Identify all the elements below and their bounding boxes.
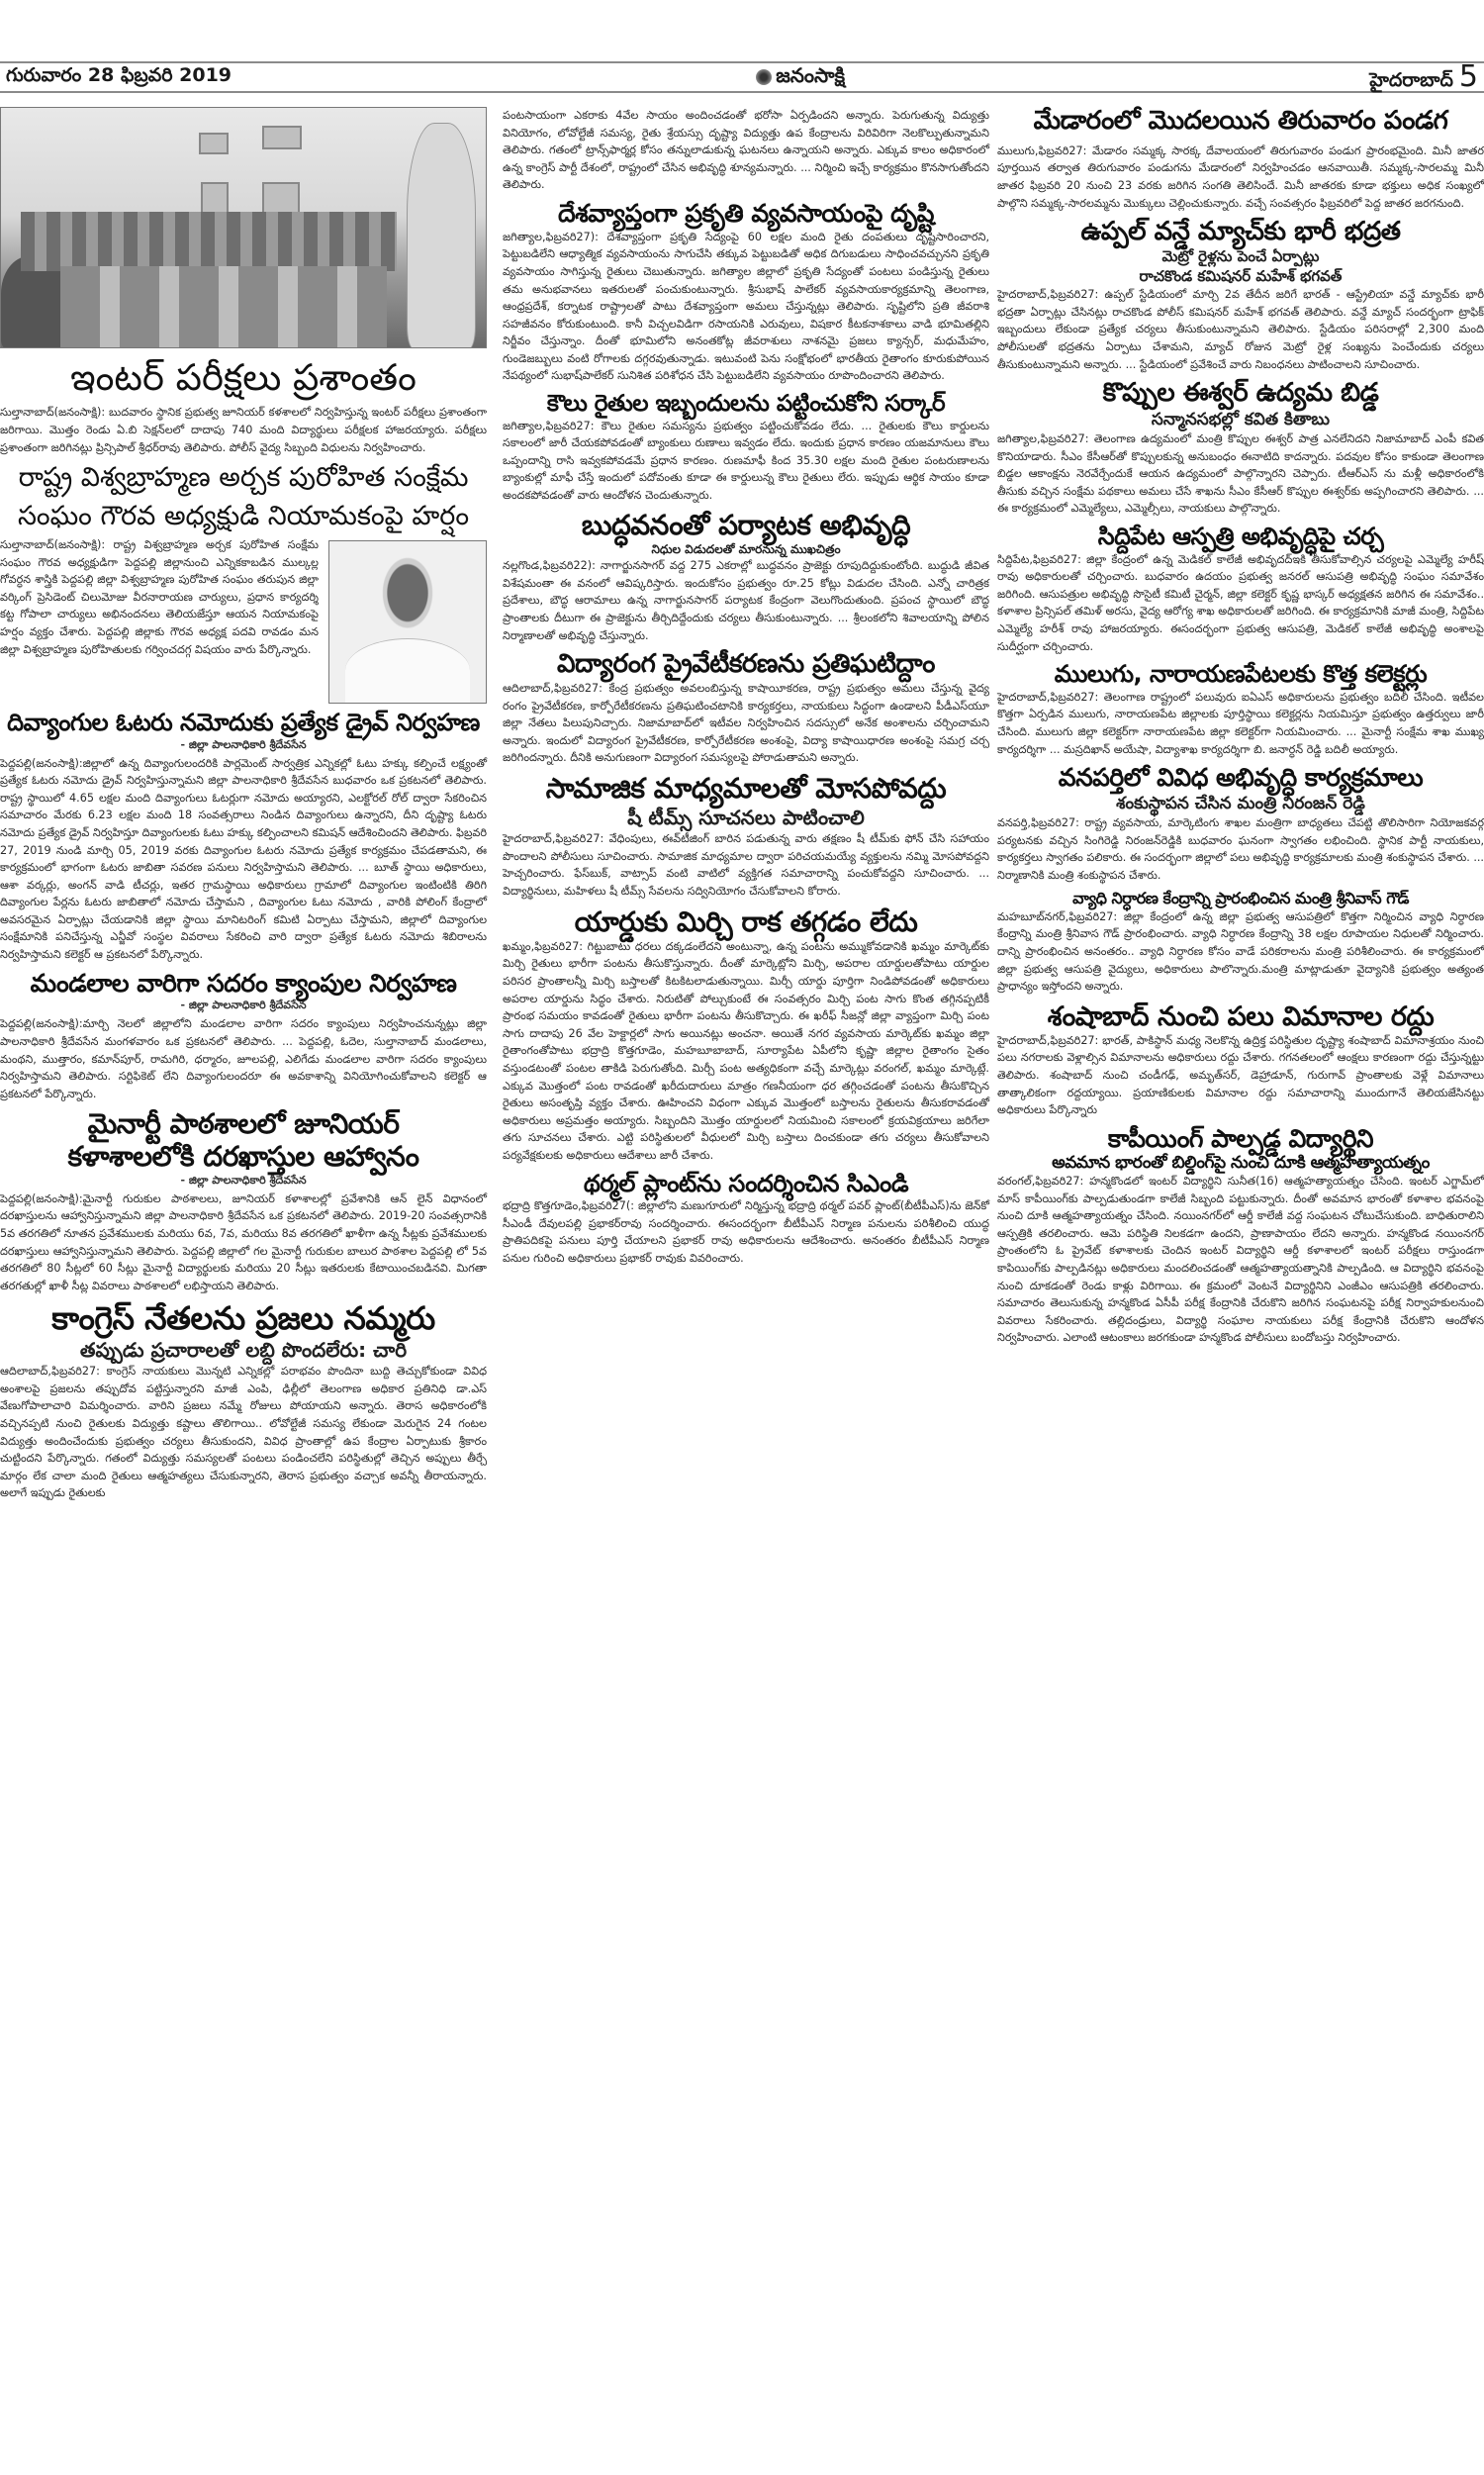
byline: - జిల్లా పాలనాధికారి శ్రీదేవసేన xyxy=(0,738,487,754)
headline: మేడారంలో మొదలయిన తిరువారం పండగ xyxy=(997,107,1484,137)
newspaper-emblem-icon xyxy=(756,69,772,85)
story-body: ములుగు,ఫిబ్రవరి27: మేడారం సమ్మక్క సారక్క… xyxy=(997,143,1484,212)
story-body: పెద్దపల్లి(జనంసాక్షి):జిల్లాలో ఉన్న దివ్… xyxy=(0,755,487,964)
headline: దేశవ్యాప్తంగా ప్రకృతి వ్యవసాయంపై దృష్టి xyxy=(503,200,989,229)
headline: కొప్పుల ఈశ్వర్ ఉద్యమ బిడ్డ xyxy=(997,379,1484,409)
story-body: మహబూబ్‌నగర్,ఫిబ్రవరి27: జిల్లా కేంద్రంలో… xyxy=(997,908,1484,996)
subheadline: అవమాన భారంతో బిల్డింగ్‌పై నుంచి దూకి ఆత్… xyxy=(997,1154,1484,1174)
story-thermal-plant: థర్మల్ ప్లాంట్‌ను సందర్శించిన సిఎండి భద్… xyxy=(503,1171,989,1268)
headline: సామాజిక మాధ్యమాలతో మోసపోవద్దు xyxy=(503,773,989,805)
edition-name: హైదరాబాద్ xyxy=(1369,69,1453,96)
story-body: హైదరాబాద్,ఫిబ్రవరి27: ఉప్పల్ స్టేడియంలో … xyxy=(997,286,1484,373)
headline-line-1: రాష్ట్ర విశ్వబ్రాహ్మణ అర్చక పురోహిత సంక్… xyxy=(0,462,487,494)
newspaper-name: జనంసాక్షి xyxy=(776,63,845,92)
story-body: జగిత్యాల,ఫిబ్రవరి27: కౌలు రైతుల సమస్యను … xyxy=(503,418,989,505)
headline-line-1: మైనార్టీ పాఠశాలలో జూనియర్ xyxy=(0,1108,487,1140)
headline: విద్యారంగ ప్రైవేటీకరణను ప్రతిఘటిద్దాం xyxy=(503,650,989,680)
story-inter-exams: ఇంటర్ పరీక్షలు ప్రశాంతం సుల్తానాబాద్(జనం… xyxy=(0,356,487,456)
byline: - జిల్లా పాలనాధికారి శ్రీదేవసేన xyxy=(0,1174,487,1190)
story-medaram: మేడారంలో మొదలయిన తిరువారం పండగ ములుగు,ఫి… xyxy=(997,107,1484,212)
headline-line-2: కళాశాలలోకి దరఖాస్తుల ఆహ్వానం xyxy=(0,1141,487,1173)
story-uppal-security: ఉప్పల్ వన్డే మ్యాచ్‌కు భారీ భద్రత మెట్రో… xyxy=(997,218,1484,373)
headline: వ్యాధి నిర్ధారణ కేంద్రాన్ని ప్రారంభించిన… xyxy=(997,890,1484,907)
story-new-collectors: ములుగు, నారాయణపేటలకు కొత్త కలెక్టర్లు హై… xyxy=(997,661,1484,758)
story-divyang-voter-drive: దివ్యాంగుల ఓటరు నమోదుకు ప్రత్యేక డ్రైవ్ … xyxy=(0,710,487,964)
newspaper-logo: జనంసాక్షి xyxy=(756,63,845,92)
subheadline: షీ టీమ్స్ సూచనలు పాటించాలి xyxy=(503,805,989,830)
headline: ఇంటర్ పరీక్షలు ప్రశాంతం xyxy=(0,356,487,400)
story-diagnostic-centre: వ్యాధి నిర్ధారణ కేంద్రాన్ని ప్రారంభించిన… xyxy=(997,890,1484,995)
story-body: పెద్దపల్లి(జనంసాక్షి):మార్చి నెలలో జిల్ల… xyxy=(0,1015,487,1102)
story-shamshabad-flights: శంషాబాద్ నుంచి పలు విమానాల రద్దు హైదరాబా… xyxy=(997,1001,1484,1119)
headline: మండలాల వారిగా సదరం క్యాంపుల నిర్వహణ xyxy=(0,970,487,999)
story-sadaram-camps: మండలాల వారిగా సదరం క్యాంపుల నిర్వహణ - జి… xyxy=(0,970,487,1103)
headline: దివ్యాంగుల ఓటరు నమోదుకు ప్రత్యేక డ్రైవ్ … xyxy=(0,710,487,737)
column-middle: పంటసాయంగా ఎకరాకు 4వేల సాయం అందించడంతో భర… xyxy=(503,99,989,1274)
headline: ఉప్పల్ వన్డే మ్యాచ్‌కు భారీ భద్రత xyxy=(997,218,1484,247)
story-body: ఆదిలాబాద్,ఫిబ్రవరి27: కాంగ్రెస్ నాయకులు … xyxy=(0,1363,487,1502)
story-body: జగిత్యాల,ఫిబ్రవరి27): దేశవ్యాప్తంగా ప్రక… xyxy=(503,229,989,385)
story-body: భద్రాద్రి కొత్తగూడెం,ఫిబ్రవరి27(: జిల్లా… xyxy=(503,1197,989,1267)
headline: వనపర్తిలో వివిధ అభివృద్ధి కార్యక్రమాలు xyxy=(997,764,1484,793)
byline: - జిల్లా పాలనాధికారి శ్రీదేవసేన xyxy=(0,999,487,1014)
story-body: ఖమ్మం,ఫిబ్రవరి27: గిట్టుబాటు ధరలు దక్కడం… xyxy=(503,938,989,1165)
story-body: వరంగల్,ఫిబ్రవరి27: హన్మకొండలో ఇంటర్ విద్… xyxy=(997,1173,1484,1347)
subheadline: సన్మానసభల్లో కవిత కితాబు xyxy=(997,409,1484,430)
headline: కౌలు రైతుల ఇబ్బందులను పట్టించుకోని సర్కా… xyxy=(503,391,989,417)
edition-page: హైదరాబాద్ 5 xyxy=(1369,59,1478,96)
story-body: సుల్తానాబాద్(జనంసాక్షి): బుదవారం స్థానిక… xyxy=(0,404,487,456)
headline: కాంగ్రెస్ నేతలను ప్రజలు నమ్మరు xyxy=(0,1300,487,1337)
headline: శంషాబాద్ నుంచి పలు విమానాల రద్దు xyxy=(997,1001,1484,1032)
subheadline: తప్పుడు ప్రచారాలతో లబ్ది పొందలేరు: చారి xyxy=(0,1337,487,1363)
story-wanaparthy-development: వనపర్తిలో వివిధ అభివృద్ధి కార్యక్రమాలు శ… xyxy=(997,764,1484,884)
story-body: పెద్దపల్లి(జనంసాక్షి):మైనార్టీ గురుకుల ప… xyxy=(0,1190,487,1295)
masthead: గురువారం 28 ఫిబ్రవరి 2019 జనంసాక్షి హైదర… xyxy=(0,61,1484,93)
story-body: ఆదిలాబాద్,ఫిబ్రవరి27: కేంద్ర ప్రభుత్వం అ… xyxy=(503,680,989,767)
story-mirchi-yard: యార్డుకు మిర్చి రాక తగ్గడం లేదు ఖమ్మం,ఫి… xyxy=(503,906,989,1165)
headline-line-2: సంఘం గౌరవ అధ్యక్షుడి నియామకంపై హర్షం xyxy=(0,501,487,532)
column-right: మేడారంలో మొదలయిన తిరువారం పండగ ములుగు,ఫి… xyxy=(997,99,1484,1353)
story-she-teams: సామాజిక మాధ్యమాలతో మోసపోవద్దు షీ టీమ్స్ … xyxy=(503,773,989,901)
story-body: జగిత్యాల,ఫిబ్రవరి27: తెలంగాణ ఉద్యమంలో మం… xyxy=(997,430,1484,518)
headline: యార్డుకు మిర్చి రాక తగ్గడం లేదు xyxy=(503,906,989,938)
story-body: హైదరాబాద్,ఫిబ్రవరి27: తెలంగాణ రాష్ట్రంలో… xyxy=(997,689,1484,758)
story-purohita-sangham: రాష్ట్ర విశ్వబ్రాహ్మణ అర్చక పురోహిత సంక్… xyxy=(0,462,487,704)
subheadline: నిధుల విడుదలతో మారనున్న ముఖచిత్రం xyxy=(503,542,989,558)
story-body: హైదరాబాద్,ఫిబ్రవరి27: వేధింపులు, ఈవ్‌టీజ… xyxy=(503,830,989,900)
story-congress-leaders: కాంగ్రెస్ నేతలను ప్రజలు నమ్మరు తప్పుడు ప… xyxy=(0,1300,487,1502)
page-number: 5 xyxy=(1459,59,1478,94)
headline: బుద్ధవనంతో పర్యాటక అభివృద్ధి xyxy=(503,510,989,541)
headline: థర్మల్ ప్లాంట్‌ను సందర్శించిన సిఎండి xyxy=(503,1171,989,1198)
headline: ములుగు, నారాయణపేటలకు కొత్త కలెక్టర్లు xyxy=(997,661,1484,689)
subheadline-2: రాచకొండ కమిషనర్ మహేశ్ భగవత్ xyxy=(997,267,1484,287)
story-koppula-eshwar: కొప్పుల ఈశ్వర్ ఉద్యమ బిడ్డ సన్మానసభల్లో … xyxy=(997,379,1484,518)
story-body: సిద్దిపేట,ఫిబ్రవరి27: జిల్లా కేంద్రంలో ఉ… xyxy=(997,551,1484,656)
story-continuation: పంటసాయంగా ఎకరాకు 4వేల సాయం అందించడంతో భర… xyxy=(503,107,989,194)
story-body: సుల్తానాబాద్(జనంసాక్షి): రాష్ట్ర విశ్వబ్… xyxy=(0,536,319,704)
story-education-privatization: విద్యారంగ ప్రైవేటీకరణను ప్రతిఘటిద్దాం ఆద… xyxy=(503,650,989,767)
classroom-exam-photo xyxy=(0,107,487,348)
story-body: పంటసాయంగా ఎకరాకు 4వేల సాయం అందించడంతో భర… xyxy=(503,107,989,194)
story-body: నల్లగొండ,ఫిబ్రవరి22): నాగార్జునసాగర్ వద్… xyxy=(503,557,989,644)
story-siddipet-hospital: సిద్దిపేట ఆస్పత్రి అభివృద్ధిపై చర్చ సిద్… xyxy=(997,524,1484,655)
headline: సిద్దిపేట ఆస్పత్రి అభివృద్ధిపై చర్చ xyxy=(997,524,1484,551)
subheadline-1: మెట్రో రైళ్లను పెంచే ఏర్పాట్లు xyxy=(997,247,1484,267)
story-body: వనపర్తి,ఫిబ్రవరి27: రాష్ట్ర వ్యవసాయ, మార… xyxy=(997,814,1484,884)
column-left: ఇంటర్ పరీక్షలు ప్రశాంతం సుల్తానాబాద్(జనం… xyxy=(0,99,487,1508)
story-natural-farming: దేశవ్యాప్తంగా ప్రకృతి వ్యవసాయంపై దృష్టి … xyxy=(503,200,989,385)
story-minority-admissions: మైనార్టీ పాఠశాలలో జూనియర్ కళాశాలలోకి దరఖ… xyxy=(0,1108,487,1294)
subheadline: శంకుస్థాపన చేసిన మంత్రి నిరంజన్ రెడ్డి xyxy=(997,793,1484,814)
story-buddhavanam: బుద్ధవనంతో పర్యాటక అభివృద్ధి నిధుల విడుద… xyxy=(503,510,989,644)
headline: కాపీయింగ్ పాల్పడ్డ విద్యార్థిని xyxy=(997,1125,1484,1154)
story-copying-student: కాపీయింగ్ పాల్పడ్డ విద్యార్థిని అవమాన భా… xyxy=(997,1125,1484,1347)
portrait-photo xyxy=(328,540,487,704)
story-tenant-farmers: కౌలు రైతుల ఇబ్బందులను పట్టించుకోని సర్కా… xyxy=(503,391,989,504)
story-body: హైదరాబాద్,ఫిబ్రవరి27: భారత్, పాకిస్థాన్ … xyxy=(997,1032,1484,1119)
issue-date: గురువారం 28 ఫిబ్రవరి 2019 xyxy=(6,64,232,91)
